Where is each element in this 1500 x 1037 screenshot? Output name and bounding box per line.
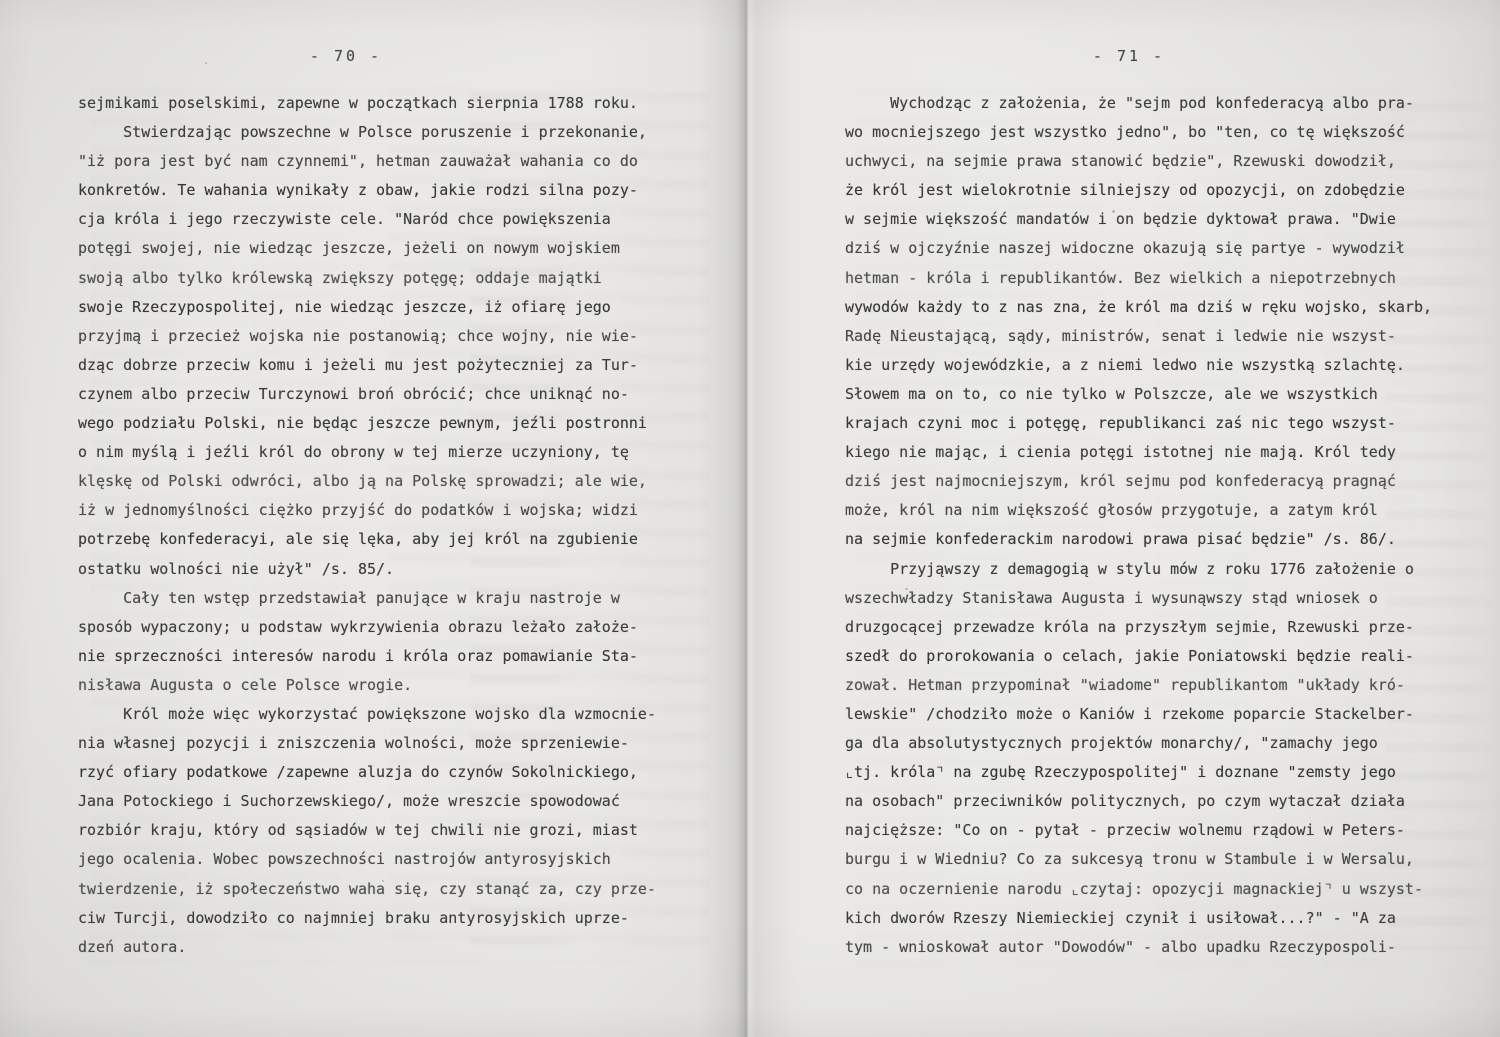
text-line: twierdzenie, iż społeczeństwo waha się, … — [78, 875, 678, 904]
text-line: Król może więc wykorzystać powiększone w… — [78, 700, 678, 729]
text-line: szedł do prorokowania o celach, jakie Po… — [845, 642, 1445, 671]
text-line: jego ocalenia. Wobec powszechności nastr… — [78, 845, 678, 874]
text-line: dzeń autora. — [78, 933, 678, 962]
text-line: dziś jest najmocniejszym, król sejmu pod… — [845, 467, 1445, 496]
text-line: przyjmą i przecież wojska nie postanowią… — [78, 322, 678, 351]
text-line: potrzebę konfederacyi, ale się lęka, aby… — [78, 525, 678, 554]
text-line: wszechwładzy Stanisława Augusta i wysuną… — [845, 584, 1445, 613]
page-70-text-block: sejmikami poselskimi, zapewne w początka… — [78, 89, 678, 962]
text-line: burgu i w Wiedniu? Co za sukcesyą tronu … — [845, 845, 1445, 874]
text-line: potęgi swojej, nie wiedząc jeszcze, jeże… — [78, 234, 678, 263]
text-line: co na oczernienie narodu ⌞czytaj: opozyc… — [845, 875, 1445, 904]
text-line: dziś w ojczyźnie naszej widoczne okazują… — [845, 234, 1445, 263]
text-line: że król jest wielokrotnie silniejszy od … — [845, 176, 1445, 205]
text-line: ciw Turcji, dowodziło co najmniej braku … — [78, 904, 678, 933]
text-line: tym - wnioskował autor "Dowodów" - albo … — [845, 933, 1445, 962]
text-line: konkretów. Te wahania wynikały z obaw, j… — [78, 176, 678, 205]
text-line: wo mocniejszego jest wszystko jedno", bo… — [845, 118, 1445, 147]
text-line: uchwyci, na sejmie prawa stanowić będzie… — [845, 147, 1445, 176]
text-line: sposób wypaczony; u podstaw wykrzywienia… — [78, 613, 678, 642]
text-line: krajach czyni moc i potęgę, republikanci… — [845, 409, 1445, 438]
text-line: kie urzędy wojewódzkie, a z niemi ledwo … — [845, 351, 1445, 380]
text-line: wywodów każdy to z nas zna, że król ma d… — [845, 293, 1445, 322]
text-line: kiego nie mając, i cienia potęgi istotne… — [845, 438, 1445, 467]
text-line: nie sprzeczności interesów narodu i król… — [78, 642, 678, 671]
text-line: wego podziału Polski, nie będąc jeszcze … — [78, 409, 678, 438]
text-line: na osobach" przeciwników politycznych, p… — [845, 787, 1445, 816]
text-line: dząc dobrze przeciw komu i jeżeli mu jes… — [78, 351, 678, 380]
text-line: nisława Augusta o cele Polsce wrogie. — [78, 671, 678, 700]
text-line: Przyjąwszy z demagogią w stylu mów z rok… — [845, 555, 1445, 584]
text-line: "iż pora jest być nam czynnemi", hetman … — [78, 147, 678, 176]
text-line: Cały ten wstęp przedstawiał panujące w k… — [78, 584, 678, 613]
text-line: kich dworów Rzeszy Niemieckiej czynił i … — [845, 904, 1445, 933]
page-71: - 71 - Wychodząc z założenia, że "sejm p… — [745, 0, 1500, 1037]
text-line: Jana Potockiego i Suchorzewskiego/, może… — [78, 787, 678, 816]
text-line: nia własnej pozycji i zniszczenia wolnoś… — [78, 729, 678, 758]
text-line: sejmikami poselskimi, zapewne w początka… — [78, 89, 678, 118]
text-line: może, król na nim większość głosów przyg… — [845, 496, 1445, 525]
text-line: hetman - króla i republikantów. Bez wiel… — [845, 264, 1445, 293]
text-line: swoje Rzeczypospolitej, nie wiedząc jesz… — [78, 293, 678, 322]
text-line: druzgocącej przewadze króla na przyszłym… — [845, 613, 1445, 642]
text-line: swoją albo tylko królewską zwiększy potę… — [78, 264, 678, 293]
text-line: zował. Hetman przypominał "wiadome" repu… — [845, 671, 1445, 700]
text-line: na sejmie konfederackim narodowi prawa p… — [845, 525, 1445, 554]
text-line: iż w jednomyślności ciężko przyjść do po… — [78, 496, 678, 525]
page-70: - 70 - sejmikami poselskimi, zapewne w p… — [0, 0, 745, 1037]
page-71-text-block: Wychodząc z założenia, że "sejm pod konf… — [845, 89, 1445, 962]
scanned-document-spread: - 70 - sejmikami poselskimi, zapewne w p… — [0, 0, 1500, 1037]
text-line: rozbiór kraju, który od sąsiadów w tej c… — [78, 816, 678, 845]
text-line: Wychodząc z założenia, że "sejm pod konf… — [845, 89, 1445, 118]
text-line: o nim myślą i jeźli król do obrony w tej… — [78, 438, 678, 467]
text-line: ga dla absolutystycznych projektów monar… — [845, 729, 1445, 758]
text-line: rzyć ofiary podatkowe /zapewne aluzja do… — [78, 758, 678, 787]
text-line: lewskie" /chodziło może o Kaniów i rzeko… — [845, 700, 1445, 729]
text-line: ⌞tj. króla⌝ na zgubę Rzeczypospolitej" i… — [845, 758, 1445, 787]
text-line: w sejmie większość mandatów i on będzie … — [845, 205, 1445, 234]
text-line: klęskę od Polski odwróci, albo ją na Pol… — [78, 467, 678, 496]
text-line: czynem albo przeciw Turczynowi broń obró… — [78, 380, 678, 409]
text-line: Radę Nieustającą, sądy, ministrów, senat… — [845, 322, 1445, 351]
text-line: Stwierdzając powszechne w Polsce porusze… — [78, 118, 678, 147]
text-line: Słowem ma on to, co nie tylko w Polszcze… — [845, 380, 1445, 409]
page-number-70: - 70 - — [286, 47, 406, 65]
text-line: cja króla i jego rzeczywiste cele. "Naró… — [78, 205, 678, 234]
text-line: ostatku wolności nie użył" /s. 85/. — [78, 555, 678, 584]
page-number-71: - 71 - — [1069, 47, 1189, 65]
text-line: najcięższe: "Co on - pytał - przeciw wol… — [845, 816, 1445, 845]
